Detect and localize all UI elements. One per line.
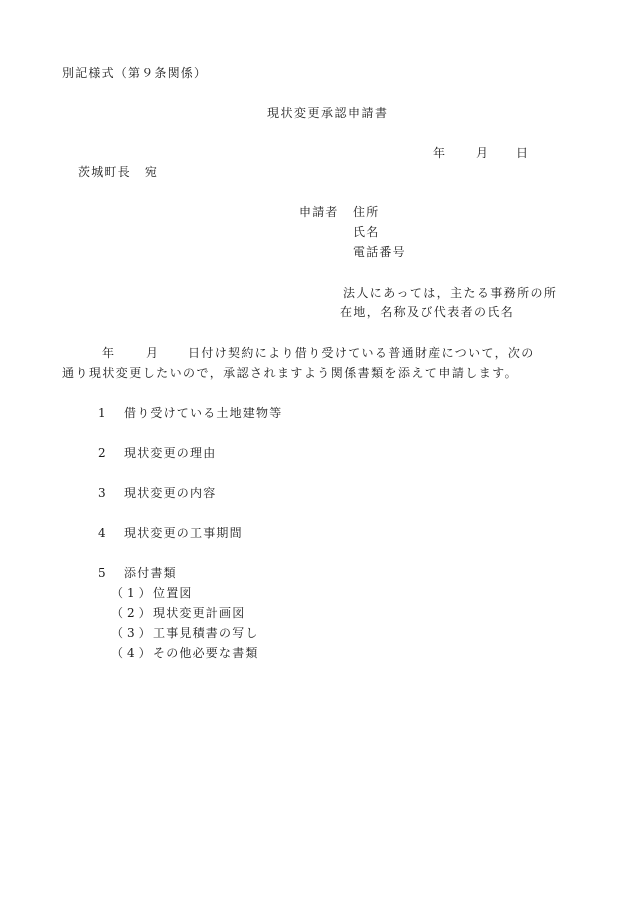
body-paragraph-line-2: 通り現状変更したいので，承認されますよう関係書類を添えて申請します。 — [62, 365, 518, 381]
item-number: 3 — [98, 485, 124, 501]
body-line-1-text: 日付け契約により借り受けている普通財産について，次の — [188, 345, 535, 361]
date-year-label: 年 — [433, 145, 446, 161]
attachment-label: 現状変更計画図 — [153, 606, 245, 620]
applicant-address-label: 住所 — [353, 204, 379, 220]
item-number: 1 — [98, 405, 124, 421]
body-month-label: 月 — [146, 345, 159, 361]
list-item: 4現状変更の工事期間 — [98, 525, 243, 541]
document-title: 現状変更承認申請書 — [267, 105, 389, 121]
addressee-suffix: 宛 — [145, 165, 158, 179]
applicant-name-label: 氏名 — [353, 224, 379, 240]
item-number: 4 — [98, 525, 124, 541]
attachment-item: （2）現状変更計画図 — [111, 605, 245, 621]
attachment-item: （1）位置図 — [111, 585, 193, 601]
document-page: 別記様式（第９条関係） 現状変更承認申請書 年 月 日 茨城町長宛 申請者 住所… — [0, 0, 630, 903]
attachment-item: （3）工事見積書の写し — [111, 625, 259, 641]
list-item: 2現状変更の理由 — [98, 445, 216, 461]
item-number: 2 — [98, 445, 124, 461]
addressee-name: 茨城町長 — [78, 165, 131, 179]
corporate-note-line-1: 法人にあっては，主たる事務所の所 — [343, 285, 557, 301]
item-label: 現状変更の理由 — [124, 446, 216, 460]
item-number: 5 — [98, 565, 124, 581]
attachment-item: （4）その他必要な書類 — [111, 645, 259, 661]
attachment-number: （3） — [111, 625, 153, 641]
form-reference: 別記様式（第９条関係） — [62, 65, 207, 81]
item-label: 現状変更の内容 — [124, 486, 216, 500]
list-item: 1借り受けている土地建物等 — [98, 405, 282, 421]
attachment-label: その他必要な書類 — [153, 646, 259, 660]
attachment-number: （1） — [111, 585, 153, 601]
attachment-label: 位置図 — [153, 586, 193, 600]
attachment-label: 工事見積書の写し — [153, 626, 259, 640]
item-label: 現状変更の工事期間 — [124, 526, 243, 540]
attachment-number: （2） — [111, 605, 153, 621]
item-label: 借り受けている土地建物等 — [124, 406, 282, 420]
addressee: 茨城町長宛 — [78, 164, 158, 180]
applicant-label: 申請者 — [299, 204, 339, 220]
body-year-label: 年 — [102, 345, 115, 361]
list-item: 5添付書類 — [98, 565, 177, 581]
attachment-number: （4） — [111, 645, 153, 661]
item-label: 添付書類 — [124, 566, 177, 580]
corporate-note-line-2: 在地，名称及び代表者の氏名 — [340, 304, 514, 320]
date-month-label: 月 — [476, 145, 489, 161]
applicant-phone-label: 電話番号 — [353, 244, 406, 260]
list-item: 3現状変更の内容 — [98, 485, 216, 501]
date-day-label: 日 — [516, 145, 529, 161]
